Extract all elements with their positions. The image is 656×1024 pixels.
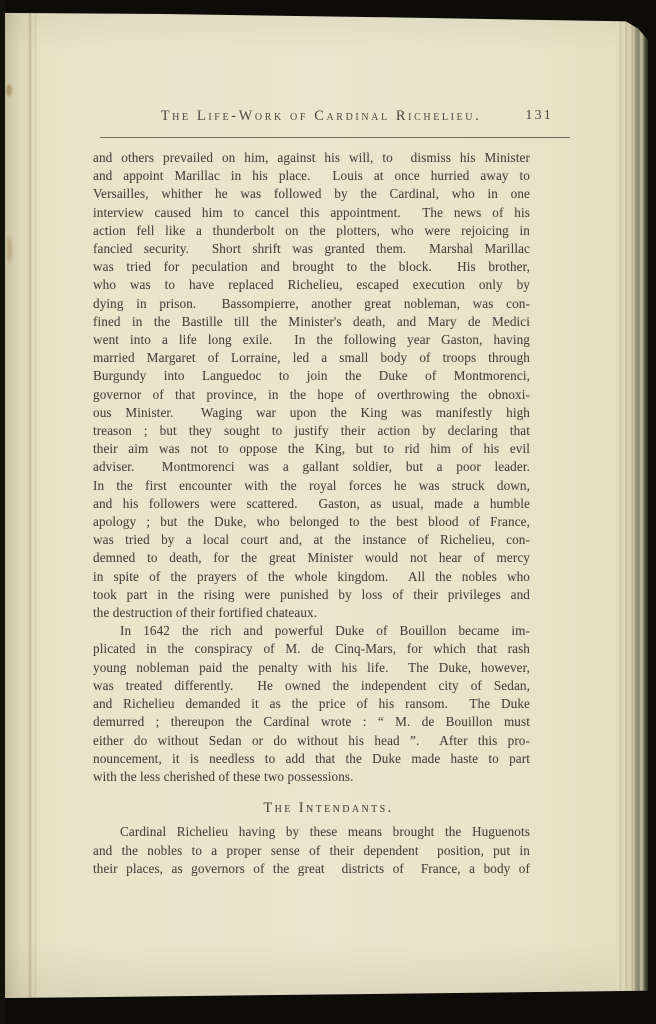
text-line: who was to have replaced Richelieu, esca… [93,276,530,294]
text-line: married Margaret of Lorraine, led a smal… [93,349,530,367]
text-line: went into a life long exile. In the foll… [93,331,530,349]
text-line: dying in prison. Bassompierre, another g… [93,295,530,313]
text-line: was treated differently. He owned the in… [93,677,530,695]
text-line: treason ; but they sought to justify the… [93,422,530,440]
text-line: ous Minister. Waging war upon the King w… [93,404,530,422]
paragraph: In 1642 the rich and powerful Duke of Bo… [93,622,530,786]
page-text: and others prevailed on him, against his… [93,149,530,878]
text-line: was tried by a local court and, at the i… [93,531,530,549]
text-line: and his followers were scattered. Gaston… [93,495,530,513]
text-line: young nobleman paid the penalty with his… [93,659,530,677]
page-stain [6,84,12,96]
text-line: fined in the Bastille till the Minister'… [93,313,530,331]
text-line: governor of that province, in the hope o… [93,386,530,404]
text-line: fancied security. Short shrift was grant… [93,240,530,258]
header-rule [100,137,570,138]
paragraph: and others prevailed on him, against his… [93,149,530,622]
running-header-title: The Life-Work of Cardinal Richelieu. [86,108,556,125]
text-line: Burgundy into Languedoc to join the Duke… [93,367,530,385]
gutter-crease-line [35,12,36,998]
text-line: and others prevailed on him, against his… [93,149,530,167]
paragraph: Cardinal Richelieu having by these means… [93,823,530,878]
text-line: In 1642 the rich and powerful Duke of Bo… [93,622,530,640]
text-line: Cardinal Richelieu having by these means… [93,823,530,841]
text-line: and Richelieu demanded it as the price o… [93,695,530,713]
text-line: either do without Sedan or do without hi… [93,732,530,750]
scan-background-left [0,0,5,1024]
section-heading: The Intendants. [93,799,530,817]
text-line: Versailles, whither he was followed by t… [93,185,530,203]
text-line: demned to death, for the great Minister … [93,549,530,567]
text-line: with the less cherished of these two pos… [93,768,530,786]
text-line: In the first encounter with the royal fo… [93,477,530,495]
text-line: adviser. Montmorenci was a gallant soldi… [93,458,530,476]
text-line: nouncement, it is needless to add that t… [93,750,530,768]
page-stain [7,236,12,262]
book-scan: The Life-Work of Cardinal Richelieu. 131… [0,0,656,1024]
gutter-crease-line [29,12,31,998]
page-number: 131 [525,108,553,124]
text-line: apology ; but the Duke, who belonged to … [93,513,530,531]
text-line: and the nobles to a proper sense of thei… [93,842,530,860]
text-line: interview caused him to cancel this appo… [93,204,530,222]
text-line: in spite of the prayers of the whole kin… [93,568,530,586]
text-line: their places, as governors of the great … [93,860,530,878]
scan-background-right [648,0,656,1024]
text-line: demurred ; thereupon the Cardinal wrote … [93,713,530,731]
text-line: took part in the rising were punished by… [93,586,530,604]
text-line: was tried for peculation and brought to … [93,258,530,276]
running-header: The Life-Work of Cardinal Richelieu. 131 [95,108,565,128]
text-line: the destruction of their fortified chate… [93,604,530,622]
text-line: action fell like a thunderbolt on the pl… [93,222,530,240]
text-line: their aim was not to oppose the King, bu… [93,440,530,458]
text-line: plicated in the conspiracy of M. de Cinq… [93,640,530,658]
text-line: and appoint Marillac in his place. Louis… [93,167,530,185]
page-edges [616,12,648,998]
